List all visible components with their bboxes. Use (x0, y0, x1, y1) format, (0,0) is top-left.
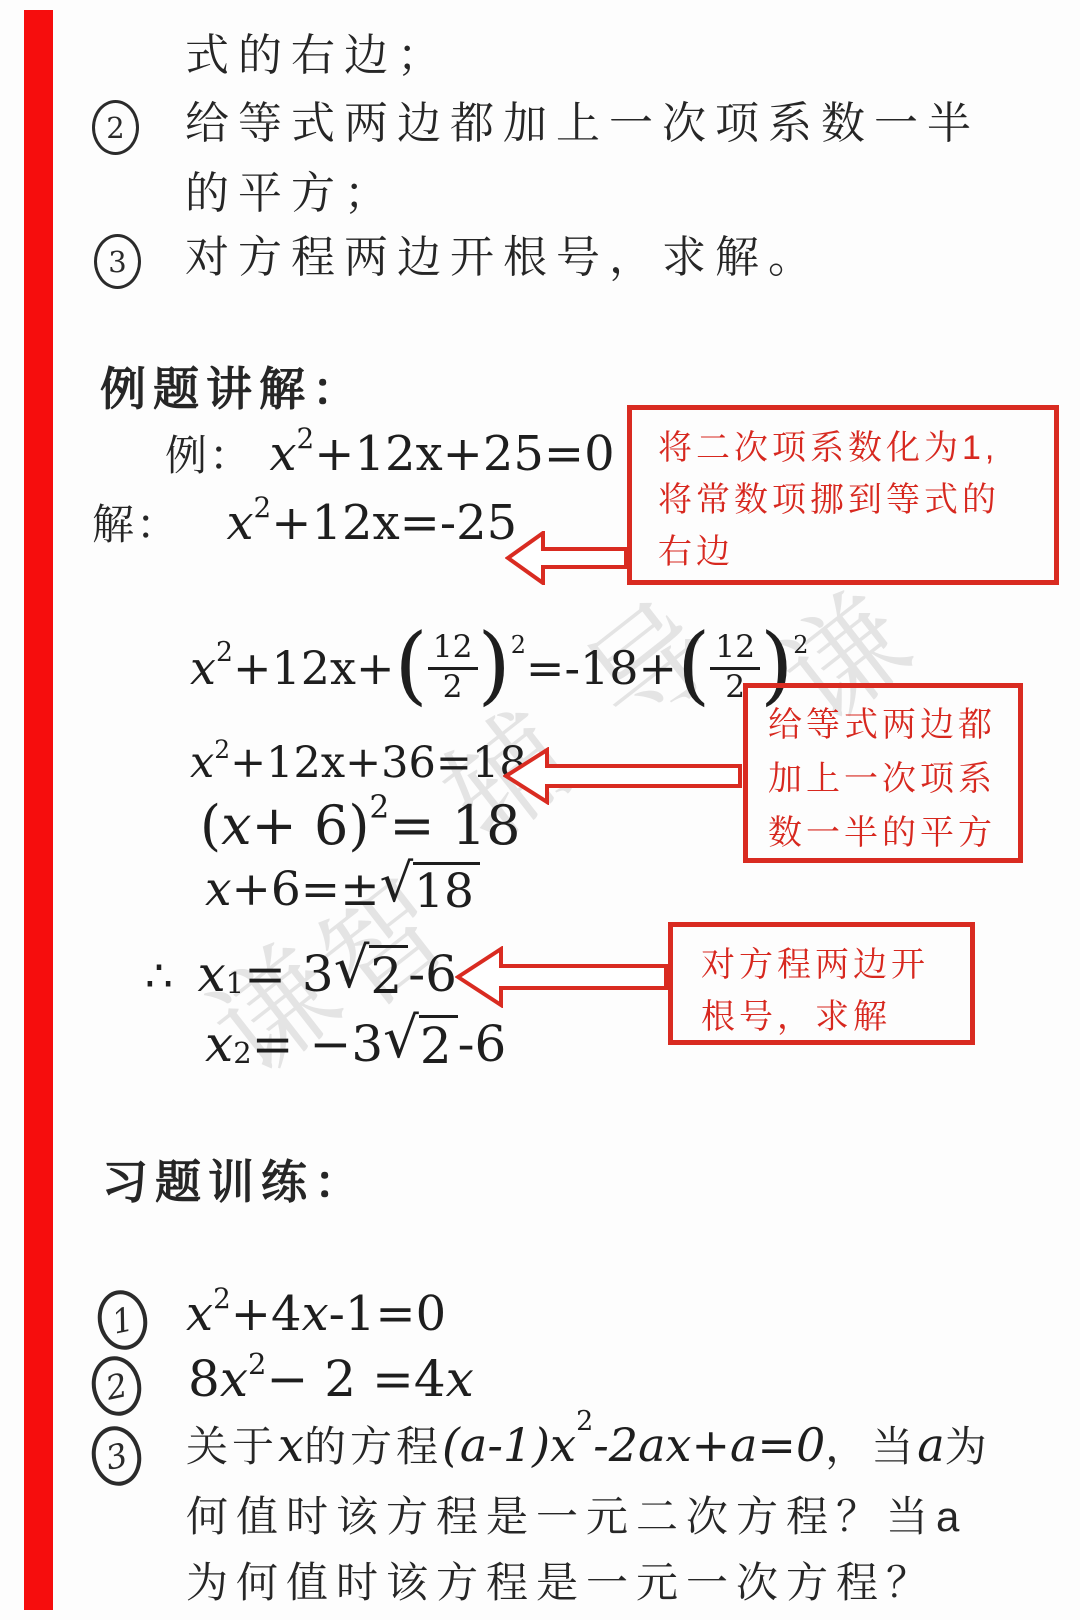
annotation-box-2: 给等式两边都 加上一次项系 数一半的平方 (743, 683, 1023, 863)
annotation-2-line: 加上一次项系 (768, 752, 1018, 806)
left-arrow-icon (505, 531, 629, 585)
step3-circled-number: 3 (94, 234, 141, 289)
annotation-1-line: 将常数项挪到等式的 (658, 474, 1054, 526)
exercise3-circled-number: 3 (86, 1422, 146, 1491)
example-section-heading: 例题讲解： (100, 362, 365, 417)
example-problem-equation: x2+12x+25=0 (269, 428, 614, 481)
example-problem-label: 例： (165, 432, 253, 479)
notes-page: 谦 智 辅 导 谦 式的右边； 2 给等式两边都加上一次项系数一半 的平方； 3… (0, 0, 1080, 1620)
annotation-2-line: 给等式两边都 (768, 698, 1018, 752)
left-arrow-icon (503, 747, 743, 805)
annotation-2-line: 数一半的平方 (768, 806, 1018, 860)
derivation-line3: (x + 6)2= 18 (200, 796, 520, 855)
therefore-symbol: ∴ (145, 953, 173, 1001)
annotation-1-line: 右边 (658, 526, 1054, 578)
example-problem-line: 例： x2+12x+25=0 (165, 428, 615, 481)
derivation-line1: x2+12x+(122)2=-18+(122)2 (190, 608, 809, 728)
intro-carryover-line: 式的右边； (185, 30, 450, 83)
step2-text-line1: 给等式两边都加上一次项系数一半 (185, 98, 980, 151)
step2-number-text: 2 (106, 111, 124, 145)
annotation-box-3: 对方程两边开 根号，求解 (668, 922, 975, 1045)
derivation-line6: x2= −3√2-6 (205, 1015, 506, 1074)
example-solution-label: 解： (92, 501, 180, 548)
exercise3-line1: 关于x的方程(a-1)x2-2ax +a=0，当a为 (186, 1420, 991, 1472)
step2-circled-number: 2 (92, 100, 139, 155)
annotation-box-1: 将二次项系数化为1, 将常数项挪到等式的 右边 (627, 405, 1059, 585)
derivation-line2: x2+12x+36=18 (190, 740, 527, 787)
step3-text: 对方程两边开根号，求解。 (185, 232, 821, 285)
annotation-1-line: 将二次项系数化为1, (658, 422, 1054, 474)
example-solution-line: 解： x2+12x=-25 (92, 497, 517, 550)
exercise-section-heading: 习题训练： (102, 1155, 367, 1210)
exercise3-line3: 为何值时该方程是一元一次方程？ (186, 1558, 936, 1608)
derivation-line5: ∴ x1= 3√2-6 (145, 945, 457, 1004)
exercise1-circled-number: 1 (92, 1286, 152, 1355)
step3-number-text: 3 (108, 245, 126, 279)
exercise2-circled-number: 2 (86, 1352, 146, 1421)
derivation-line4: x +6=±√18 (205, 862, 480, 918)
exercise3-line2: 何值时该方程是一元二次方程？当a (186, 1492, 967, 1542)
exercise1-equation: x2 +4 x -1=0 (186, 1288, 446, 1341)
example-solution-equation: x2+12x=-25 (226, 497, 517, 550)
step2-text-line2: 的平方； (185, 168, 397, 221)
annotation-3-line: 对方程两边开 (701, 939, 970, 991)
annotation-3-line: 根号，求解 (701, 991, 970, 1043)
exercise2-equation: 8x2 − 2 =4 x (188, 1352, 474, 1407)
red-accent-bar (24, 10, 53, 1610)
left-arrow-icon (455, 946, 669, 1008)
